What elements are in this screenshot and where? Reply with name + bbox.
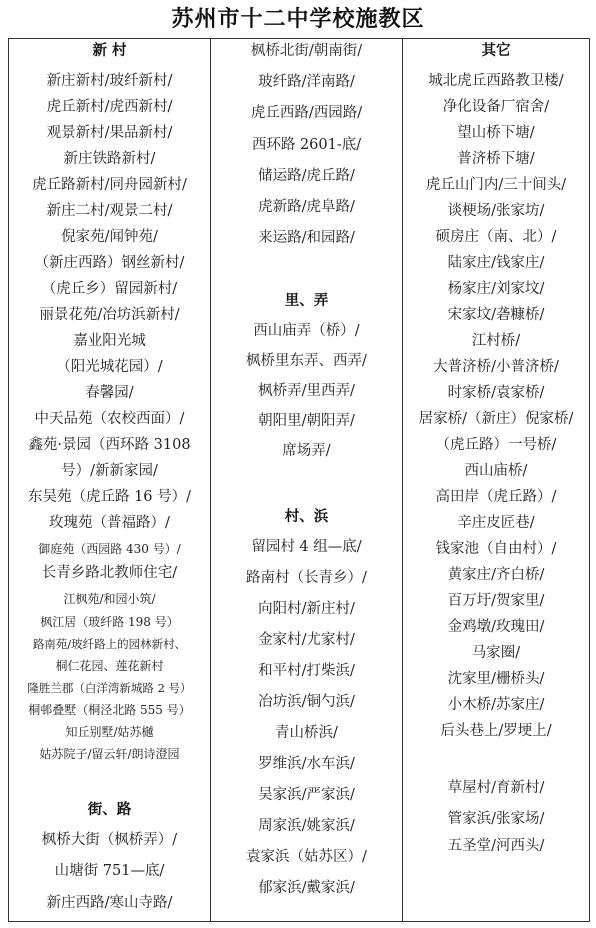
list-item: 来运路/和园路/: [211, 229, 402, 247]
list-item: 山塘街 751—底/: [9, 862, 210, 880]
list-item: 高田岸（虎丘路）/: [403, 488, 589, 506]
list-item: 钱家池（自由村）/: [403, 540, 589, 558]
list-item: 隆胜兰郡（白洋湾新城路 2 号）: [9, 679, 210, 697]
list-item: 新庄西路/寒山寺路/: [9, 894, 210, 912]
list-item: （虎丘乡）留园新村/: [9, 280, 210, 298]
list-item: 号）/新新家园/: [9, 462, 210, 480]
list-item: 谈梗场/张家坊/: [403, 202, 589, 220]
list-item: 新庄新村/玻纤新村/: [9, 72, 210, 90]
list-item: 小木桥/苏家庄/: [403, 696, 589, 714]
page-title: 苏州市十二中学校施教区: [0, 6, 596, 34]
list-item: 时家桥/袁家桥/: [403, 384, 589, 402]
list-item: 鑫苑·景园（西环路 3108: [9, 436, 210, 454]
list-item: 草屋村/育新村/: [403, 779, 589, 797]
list-item: 虎丘山门内/三十间头/: [403, 176, 589, 194]
list-item: 枫桥大街（枫桥弄）/: [9, 831, 210, 849]
list-item: 普济桥下塘/: [403, 150, 589, 168]
list-item: 桐邨叠墅（桐泾北路 555 号）: [9, 701, 210, 719]
list-item: 沈家里/栅桥头/: [403, 670, 589, 688]
list-item: 后头巷上/罗埂上/: [403, 722, 589, 740]
list-item: 净化设备厂宿舍/: [403, 98, 589, 116]
list-item: 杨家庄/刘家坟/: [403, 280, 589, 298]
list-item: 留园村 4 组—底/: [211, 538, 402, 556]
list-item: 陆家庄/钱家庄/: [403, 254, 589, 272]
list-item: 辛庄皮匠巷/: [403, 514, 589, 532]
list-item: 马家圈/: [403, 644, 589, 662]
list-item: 金家村/尤家村/: [211, 631, 402, 649]
list-item: 向阳村/新庄村/: [211, 600, 402, 618]
list-item: 虎丘路新村/同舟园新村/: [9, 176, 210, 194]
list-item: 虎丘西路/西园路/: [211, 104, 402, 122]
list-item: 储运路/虎丘路/: [211, 167, 402, 185]
list-item: 路南村（长青乡）/: [211, 569, 402, 587]
list-item: 虎新路/虎阜路/: [211, 198, 402, 216]
list-item: 城北虎丘西路教卫楼/: [403, 72, 589, 90]
list-item: 东吴苑（虎丘路 16 号）/: [9, 488, 210, 506]
list-item: 黄家庄/齐白桥/: [403, 566, 589, 584]
list-item: 青山桥浜/: [211, 724, 402, 742]
list-item: 玫瑰苑（普福路）/: [9, 514, 210, 532]
section-heading-new-villages: 新 村: [9, 42, 210, 60]
list-item: 路南苑/玻纤路上的园林新村、: [9, 635, 210, 653]
list-item: 观景新村/果品新村/: [9, 124, 210, 142]
list-item: 五圣堂/河西头/: [403, 837, 589, 855]
list-item: 冶坊浜/铜勺浜/: [211, 693, 402, 711]
school-district-table: 新 村 新庄新村/玻纤新村/ 虎丘新村/虎西新村/ 观景新村/果品新村/ 新庄铁…: [8, 38, 590, 922]
list-item: 中天品苑（农校西面）/: [9, 410, 210, 428]
section-heading-others: 其它: [403, 42, 589, 60]
list-item: 吴家浜/严家浜/: [211, 786, 402, 804]
list-item: 席场弄/: [211, 442, 402, 460]
list-item: 新庄铁路新村/: [9, 150, 210, 168]
list-item: 枫江居（玻纤路 198 号）: [9, 613, 210, 631]
list-item: 望山桥下塘/: [403, 124, 589, 142]
list-item: 丽景花苑/冶坊浜新村/: [9, 306, 210, 324]
list-item: 桐仁花园、莲花新村: [9, 657, 210, 675]
list-item: 百万圩/贺家里/: [403, 592, 589, 610]
list-item: 倪家苑/闻钟苑/: [9, 228, 210, 246]
list-item: 知丘别墅/姑苏樾: [9, 723, 210, 741]
list-item: 西山庙桥/: [403, 462, 589, 480]
list-item: （虎丘路）一号桥/: [403, 436, 589, 454]
column-new-villages: 新 村 新庄新村/玻纤新村/ 虎丘新村/虎西新村/ 观景新村/果品新村/ 新庄铁…: [9, 39, 211, 921]
list-item: 周家浜/姚家浜/: [211, 817, 402, 835]
list-item: 嘉业阳光城: [9, 332, 210, 350]
list-item: 枫桥北街/朝南街/: [211, 42, 402, 60]
column-others: 其它 城北虎丘西路教卫楼/ 净化设备厂宿舍/ 望山桥下塘/ 普济桥下塘/ 虎丘山…: [403, 39, 589, 921]
list-item: 金鸡墩/玫瑰田/: [403, 618, 589, 636]
list-item: 西山庙弄（桥）/: [211, 322, 402, 340]
list-item: 管家浜/张家场/: [403, 810, 589, 828]
list-item: 江枫苑/和园小筑/: [9, 590, 210, 608]
list-item: 西环路 2601-底/: [211, 136, 402, 154]
section-heading-lanes: 里、弄: [211, 292, 402, 310]
list-item: （阳光城花园）/: [9, 358, 210, 376]
list-item: 虎丘新村/虎西新村/: [9, 98, 210, 116]
list-item: 朝阳里/朝阳弄/: [211, 412, 402, 430]
list-item: 御庭苑（西园路 430 号）/: [9, 540, 210, 558]
list-item: 郁家浜/戴家浜/: [211, 879, 402, 897]
list-item: 姑苏院子/留云轩/朗诗澄园: [9, 745, 210, 763]
section-heading-villages-creeks: 村、浜: [211, 508, 402, 526]
section-heading-streets-roads: 街、路: [9, 801, 210, 819]
list-item: 硕房庄（南、北）/: [403, 228, 589, 246]
list-item: 和平村/打柴浜/: [211, 662, 402, 680]
list-item: 宋家坟/砻糠桥/: [403, 306, 589, 324]
list-item: 罗维浜/水车浜/: [211, 755, 402, 773]
list-item: 江村桥/: [403, 332, 589, 350]
list-item: （新庄西路）钢丝新村/: [9, 254, 210, 272]
list-item: 大普济桥/小普济桥/: [403, 358, 589, 376]
list-item: 玻纤路/洋南路/: [211, 73, 402, 91]
list-item: 袁家浜（姑苏区）/: [211, 848, 402, 866]
list-item: 新庄二村/观景二村/: [9, 202, 210, 220]
list-item: 居家桥/（新庄）倪家桥/: [403, 410, 589, 428]
list-item: 枫桥弄/里西弄/: [211, 382, 402, 400]
list-item: 枫桥里东弄、西弄/: [211, 352, 402, 370]
column-roads-lanes-villages: 枫桥北街/朝南街/ 玻纤路/洋南路/ 虎丘西路/西园路/ 西环路 2601-底/…: [211, 39, 403, 921]
list-item: 长青乡路北教师住宅/: [9, 564, 210, 582]
list-item: 春馨园/: [9, 384, 210, 402]
